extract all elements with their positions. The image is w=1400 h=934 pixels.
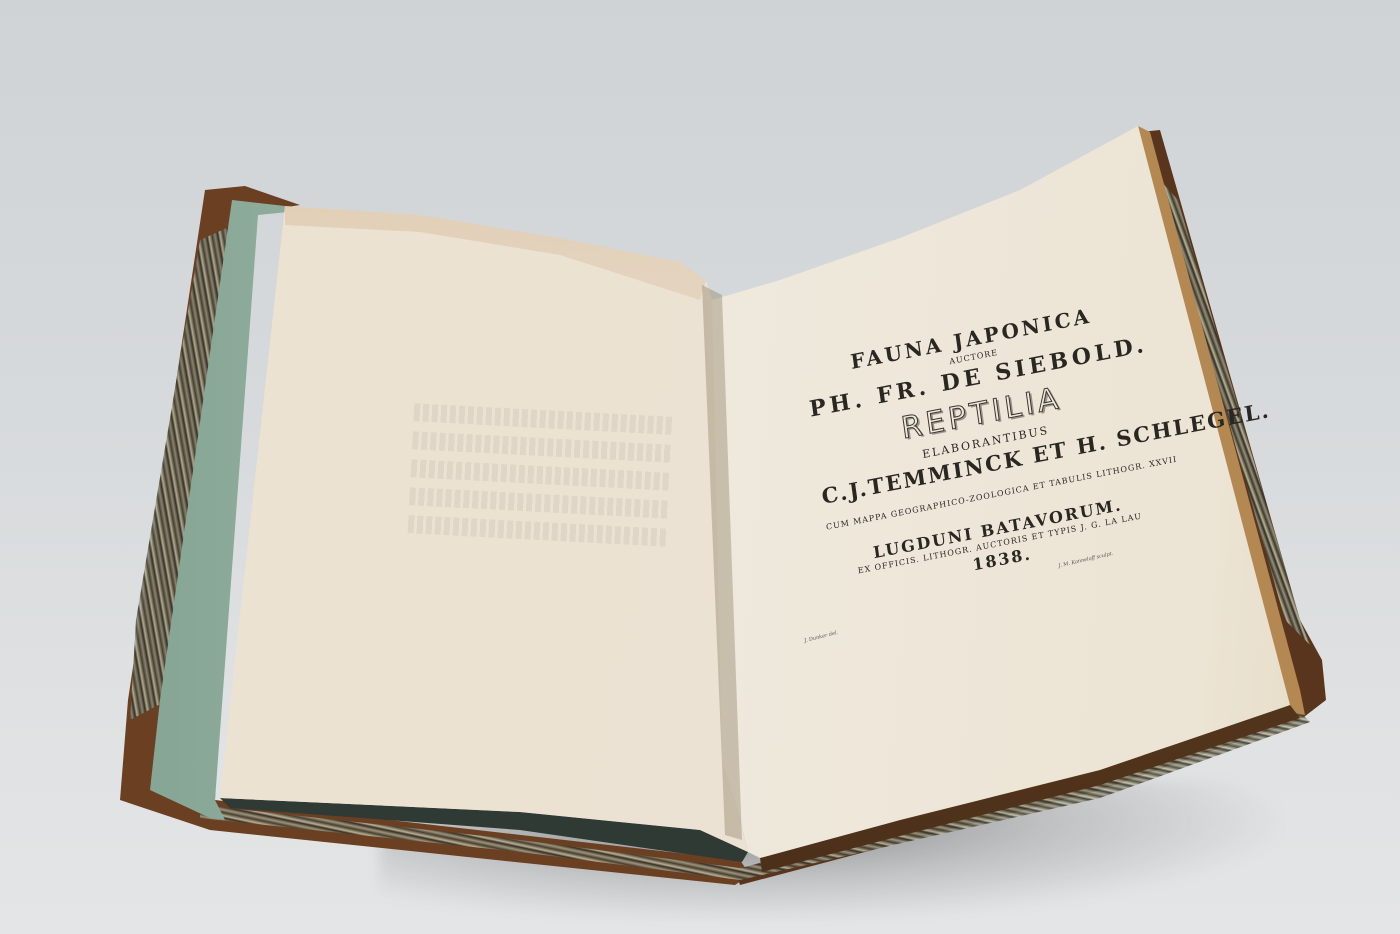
title-text-block: FAUNA JAPONICA AUCTORE PH. FR. DE SIEBOL… <box>790 205 1174 627</box>
show-through-text <box>385 392 694 587</box>
photo-scene: FAUNA JAPONICA AUCTORE PH. FR. DE SIEBOL… <box>0 0 1400 934</box>
